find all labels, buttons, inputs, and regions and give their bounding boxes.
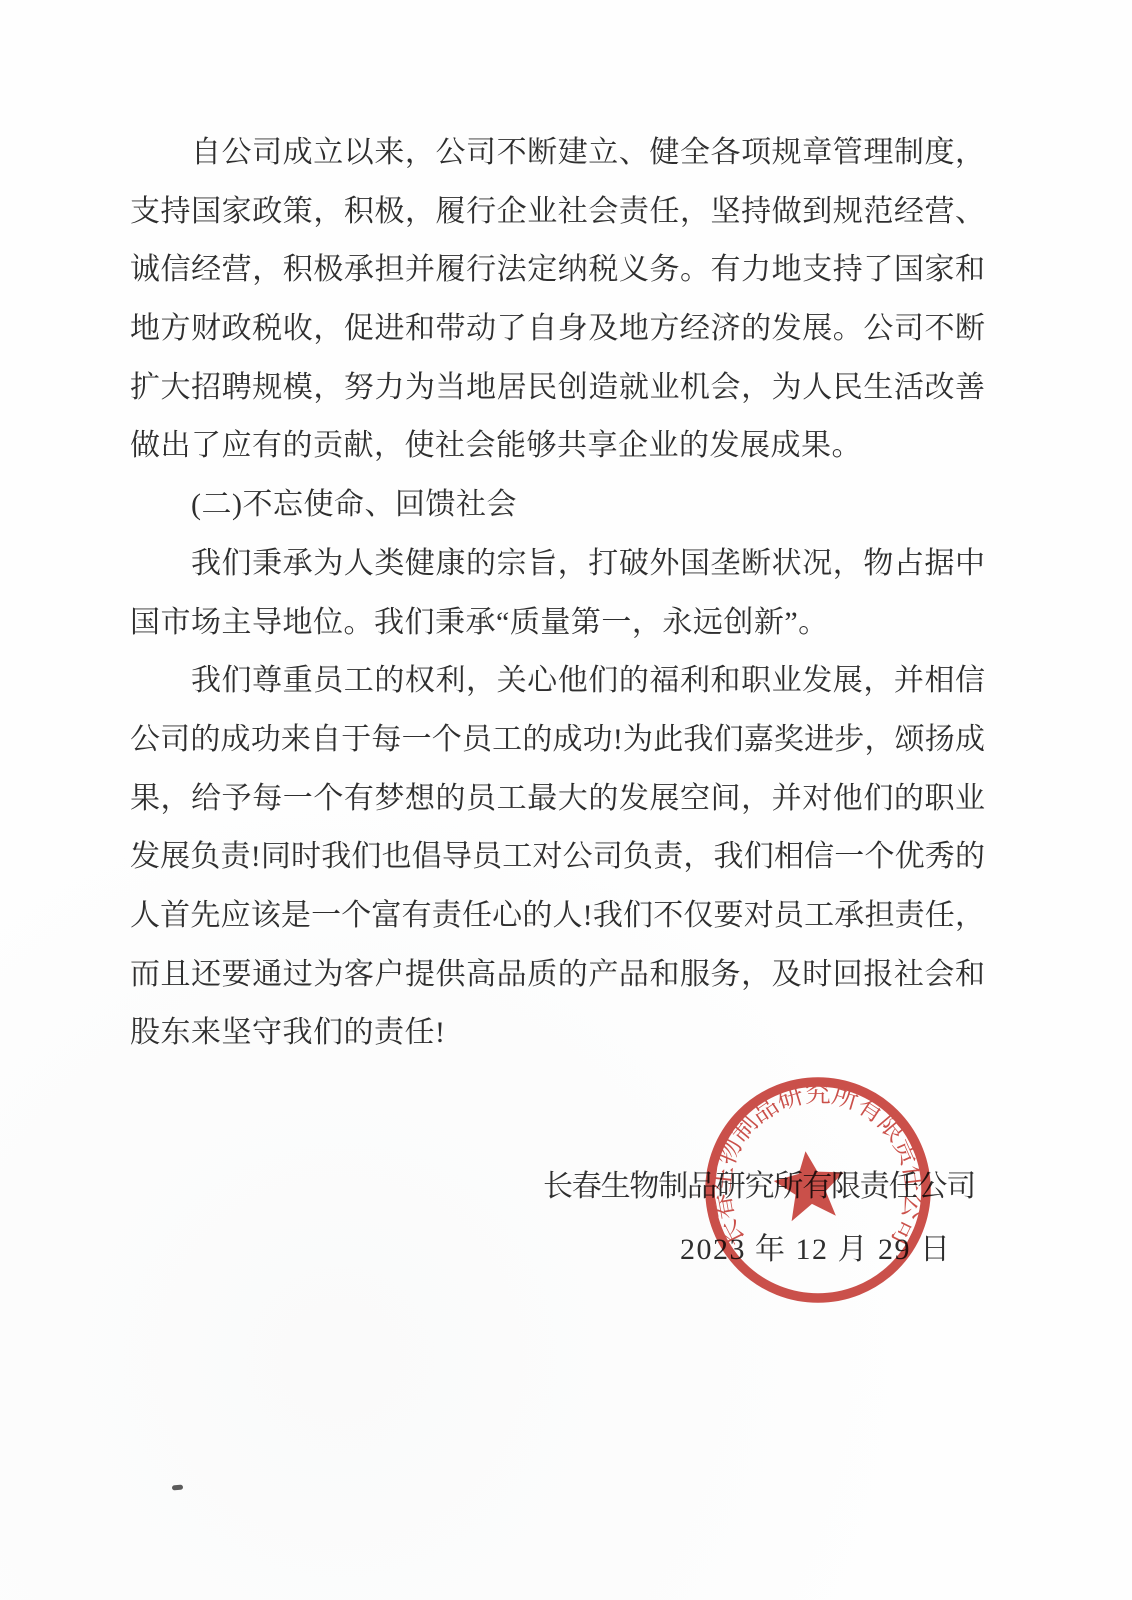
text-line: 地方财政税收，促进和带动了自身及地方经济的发展。公司不断 — [130, 300, 985, 359]
text-line: 支持国家政策，积极，履行企业社会责任，坚持做到规范经营、 — [130, 183, 985, 242]
text-line: 诚信经营，积极承担并履行法定纳税义务。有力地支持了国家和 — [130, 241, 985, 300]
text-line: 扩大招聘规模，努力为当地居民创造就业机会，为人民生活改善 — [130, 359, 985, 418]
text-line: 自公司成立以来，公司不断建立、健全各项规章管理制度， — [130, 124, 985, 183]
text-line: 做出了应有的贡献，使社会能够共享企业的发展成果。 — [130, 417, 985, 476]
text-line: 公司的成功来自于每一个员工的成功!为此我们嘉奖进步，颂扬成 — [130, 711, 985, 770]
seal-ring-text: 长春生物制品研究所有限责任公司 — [706, 1079, 930, 1251]
text-line: 而且还要通过为客户提供高品质的产品和服务，及时回报社会和 — [130, 946, 985, 1005]
section-heading: (二)不忘使命、回馈社会 — [130, 476, 985, 535]
text-line: 人首先应该是一个富有责任心的人!我们不仅要对员工承担责任， — [130, 887, 985, 946]
body-text-block: 自公司成立以来，公司不断建立、健全各项规章管理制度， 支持国家政策，积极，履行企… — [130, 124, 985, 1063]
text-line: 我们尊重员工的权利，关心他们的福利和职业发展，并相信 — [130, 652, 985, 711]
official-seal: 长春生物制品研究所有限责任公司 — [693, 1065, 943, 1315]
text-line: 发展负责!同时我们也倡导员工对公司负责，我们相信一个优秀的 — [130, 828, 985, 887]
text-line: 我们秉承为人类健康的宗旨，打破外国垄断状况，物占据中 — [130, 535, 985, 594]
text-line: 果，给予每一个有梦想的员工最大的发展空间，并对他们的职业 — [130, 770, 985, 829]
text-line: 股东来坚守我们的责任! — [130, 1004, 985, 1063]
scan-artifact — [172, 1485, 183, 1491]
text-line: 国市场主导地位。我们秉承“质量第一，永远创新”。 — [130, 594, 985, 653]
document-page: 自公司成立以来，公司不断建立、健全各项规章管理制度， 支持国家政策，积极，履行企… — [0, 0, 1132, 1600]
star-icon — [771, 1147, 849, 1223]
